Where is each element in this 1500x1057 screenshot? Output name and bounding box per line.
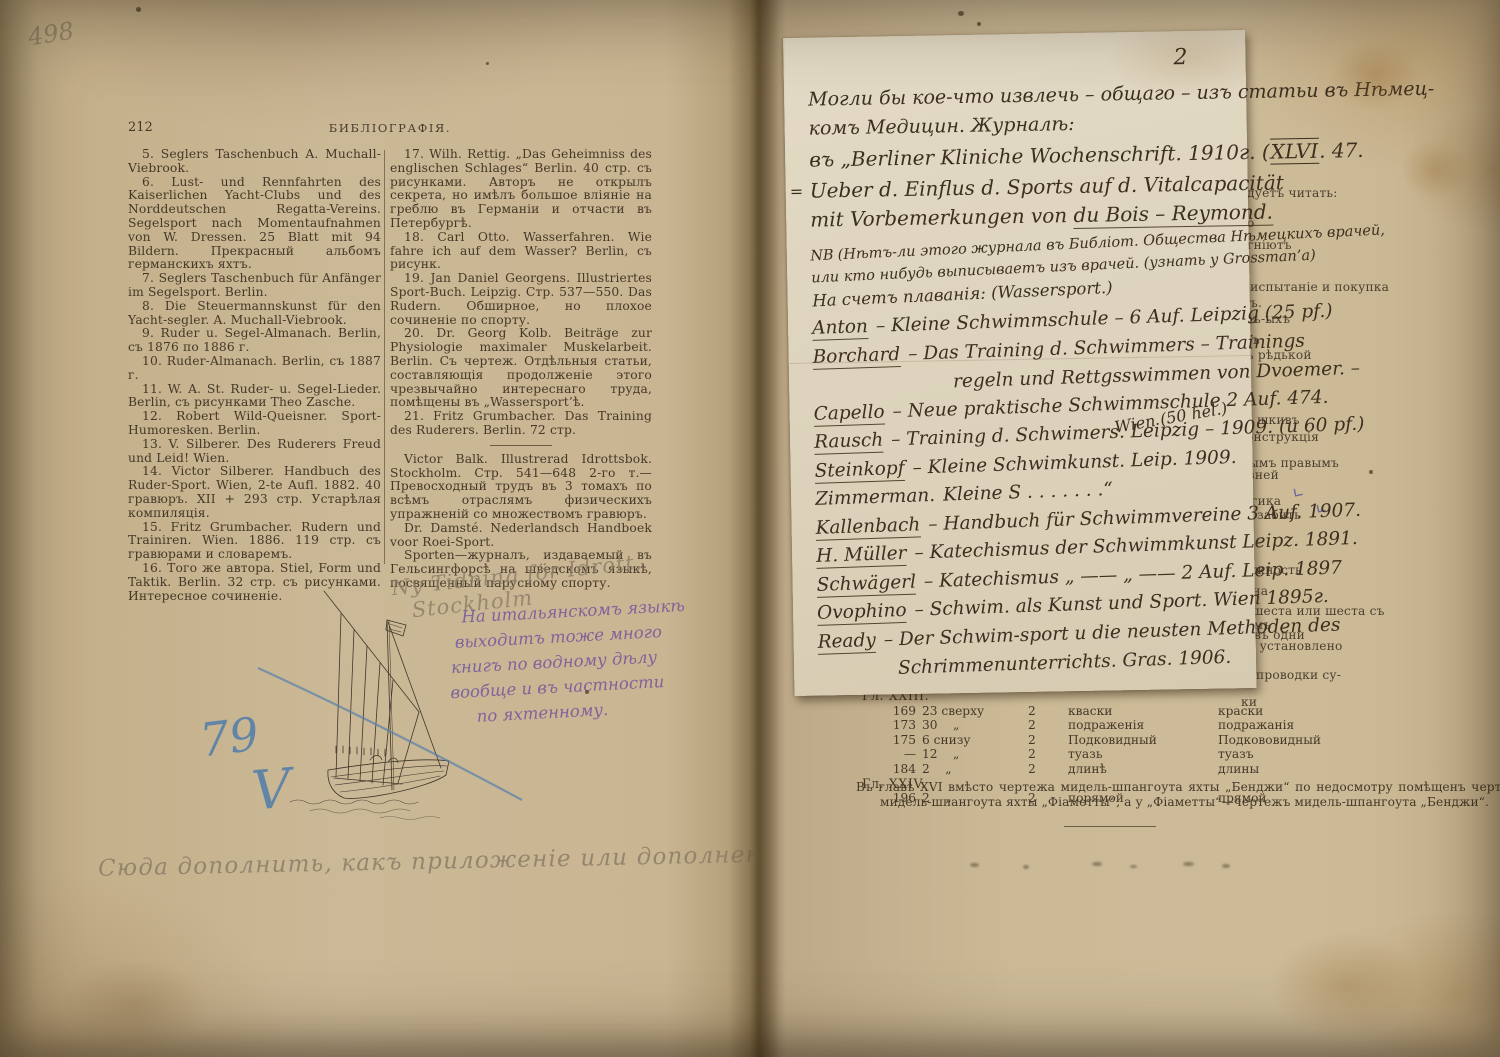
stain-speck (585, 690, 589, 694)
biblio-entry: Victor Balk. Illustrerad Idrottsbok. Sto… (390, 453, 652, 522)
footnote-rule (1064, 826, 1156, 827)
errata-fragment: , испытаніе и покупка (1242, 280, 1389, 294)
errata-cell: длинѣ (1068, 762, 1218, 777)
ink-smudge (1183, 862, 1194, 866)
stain-speck (486, 62, 489, 65)
errata-cell: кваски (1068, 704, 1218, 719)
ink-smudge (1023, 865, 1029, 869)
errata-cell: подраженія (1068, 718, 1218, 733)
biblio-entry: 8. Die Steuermannskunst für den Yacht-se… (128, 300, 381, 328)
errata-cell: подражанія (1218, 718, 1432, 733)
biblio-entry: 14. Victor Silberer. Handbuch des Ruder-… (128, 465, 381, 520)
biblio-entry: 13. V. Silberer. Des Ruderers Freud und … (128, 438, 381, 466)
biblio-entry: 10. Ruder-Almanach. Berlin, съ 1887 г. (128, 355, 381, 383)
list-author: Ovophino (817, 600, 907, 626)
stain-speck (977, 22, 981, 26)
errata-row: —12 „2туазьтуазъ (862, 747, 1432, 762)
article-title-text: mit Vorbemerkungen von (810, 203, 1074, 232)
list-author: Steinkopf (814, 457, 905, 483)
list-author: Rausch (814, 430, 884, 455)
list-text: Kleine S . . . . . . .“ (943, 479, 1113, 506)
list-author: Zimmerman. (815, 485, 936, 510)
stain-speck (958, 11, 964, 16)
list-author: Kallenbach (815, 514, 920, 540)
running-title: БИБЛІОГРАФІЯ. (128, 121, 652, 135)
errata-cell: 2 (1028, 747, 1068, 762)
swimming-book-list: Anton– Kleine Schwimmschule – 6 Auf. Lei… (812, 304, 1238, 682)
biblio-entry: 7. Seglers Taschenbuch für Anfänger im S… (128, 272, 381, 300)
bibliography-column-left: 5. Seglers Taschenbuch A. Muchall-Viebro… (128, 148, 381, 603)
errata-row: 1842 „2длинѣдлины (862, 762, 1432, 777)
errata-cell: 30 „ (922, 718, 1028, 733)
journal-title: въ „Berliner Kliniche Wochenschrift. 191… (809, 140, 1270, 172)
book-scan-photo: 498 212 БИБЛІОГРАФІЯ. 5. Seglers Taschen… (0, 0, 1500, 1057)
ink-smudge (1222, 864, 1230, 868)
nb-mark: NB (810, 247, 834, 264)
biblio-entry: 19. Jan Daniel Georgens. Illustriertes S… (390, 272, 652, 327)
errata-cell: туазь (1068, 747, 1218, 762)
left-book-page: 498 212 БИБЛІОГРАФІЯ. 5. Seglers Taschen… (0, 0, 757, 1057)
biblio-entry: 12. Robert Wild-Queisner. Sport-Humoresk… (128, 410, 381, 438)
errata-cell: 2 (1028, 762, 1068, 777)
errata-cell: Подковидный (1068, 733, 1218, 748)
note-page-number: 2 (1173, 45, 1187, 70)
errata-cell: 23 сверху (922, 704, 1028, 719)
biblio-entry: 6. Lust- und Rennfahrten des Kaiserliche… (128, 176, 381, 273)
errata-cell: 175 (878, 733, 922, 748)
blue-check-mark: V (249, 756, 293, 822)
pencil-bottom-note-text: Сюда дополнить, какъ приложеніе или допо… (98, 841, 794, 882)
handwritten-note-sheet: 2 Могли бы кое-что извлечь – общаго – из… (783, 30, 1256, 696)
errata-cell: Подкововидный (1218, 733, 1432, 748)
ink-smudge (1092, 862, 1102, 866)
errata-cell: длины (1218, 762, 1432, 777)
errata-row: 16923 сверху2кваскикраски (862, 704, 1432, 719)
biblio-entry: 15. Fritz Grumbacher. Rudern und Trainir… (128, 521, 381, 562)
errata-cell: 169 (878, 704, 922, 719)
list-author: H. Müller (816, 543, 907, 569)
biblio-entry: 5. Seglers Taschenbuch A. Muchall-Viebro… (128, 148, 381, 176)
errata-cell: — (878, 747, 922, 762)
errata-cell: 2 (1028, 704, 1068, 719)
section-divider (490, 445, 552, 446)
list-author: Schwägerl (816, 571, 916, 597)
errata-row: 1756 снизу2ПодковидныйПодкововидный (862, 733, 1432, 748)
biblio-entry: Dr. Damsté. Nederlandsch Handboek voor R… (390, 522, 652, 550)
stain-speck (136, 7, 141, 12)
errata-cell: краски (1218, 704, 1432, 719)
list-author: Ready (817, 629, 876, 654)
errata-cell: туазъ (1218, 747, 1432, 762)
biblio-entry: 17. Wilh. Rettig. „Das Geheimniss des en… (390, 148, 652, 231)
article-title-text: Ueber d. Einflus d. Sports auf d. Vitalc… (810, 170, 1284, 202)
journal-issue: . 47. (1319, 138, 1364, 163)
errata-cell: 6 снизу (922, 733, 1028, 748)
pencil-bottom-note: Сюда дополнить, какъ приложеніе или допо… (98, 840, 833, 881)
ink-smudge (970, 863, 979, 867)
errata-cell: 2 „ (922, 762, 1028, 777)
note-body: Могли бы кое-что извлечь – общаго – изъ … (808, 78, 1238, 682)
folio-pencil-left: 498 (26, 17, 76, 52)
errata-cell: 184 (878, 762, 922, 777)
ink-smudge (1130, 865, 1137, 868)
note-nb-block: NB(Нѣтъ-ли этого журнала въ Библіот. Общ… (810, 226, 1233, 313)
blue-pencil-number: 79 (197, 707, 262, 768)
errata-cell: 2 (1028, 733, 1068, 748)
biblio-entry: 18. Carl Otto. Wasserfahren. Wie fahre i… (390, 231, 652, 272)
errata-fragment: о установлено (1248, 639, 1343, 653)
biblio-entry: 11. W. A. St. Ruder- u. Segel-Lieder. Be… (128, 383, 381, 411)
errata-cell: 173 (878, 718, 922, 733)
errata-cell: 12 „ (922, 747, 1028, 762)
biblio-entry: 9. Ruder u. Segel-Almanach. Berlin, съ 1… (128, 327, 381, 355)
errata-row: 17330 „2подраженіяподражанія (862, 718, 1432, 733)
list-author: Borchard (812, 343, 900, 369)
equals-mark: = (789, 177, 803, 206)
column-divider-rule (384, 150, 385, 564)
list-author: Anton (812, 316, 868, 341)
bibliography-column-right: 17. Wilh. Rettig. „Das Geheimniss des en… (390, 148, 652, 591)
biblio-entry: 21. Fritz Grumbacher. Das Training des R… (390, 410, 652, 438)
journal-volume: XLVI (1269, 138, 1319, 165)
biblio-entry: 20. Dr. Georg Kolb. Beiträge zur Physiol… (390, 327, 652, 410)
book-gutter-shadow (728, 0, 786, 1057)
author-du-bois-reymond: du Bois – Reymond. (1073, 200, 1273, 229)
errata-footnote: Въ главѣ XVI вмѣсто чертежа мидель-шпанг… (856, 780, 1500, 810)
errata-cell: 2 (1028, 718, 1068, 733)
errata-fragment: проводки су- (1256, 668, 1341, 682)
stain-speck (1369, 470, 1373, 474)
list-author: Capello (813, 401, 885, 426)
